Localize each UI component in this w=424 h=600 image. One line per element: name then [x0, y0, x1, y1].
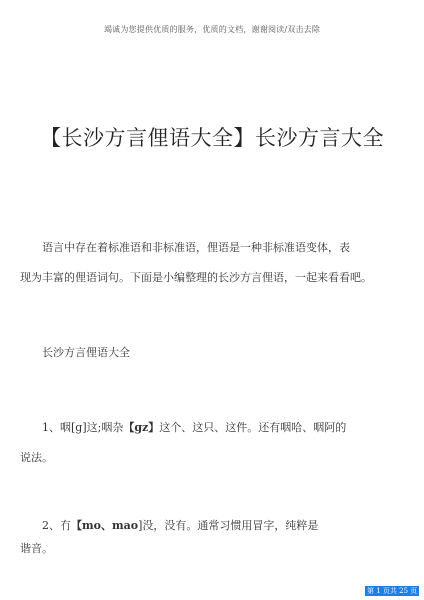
section-subtitle: 长沙方言俚语大全 [42, 338, 424, 368]
list-item: 1、咽[g]这;咽杂【gz】这个、这只、这件。还有咽哈、咽阿的 说法。 [20, 413, 405, 473]
item-pinyin: 【mo、mao [71, 519, 138, 532]
intro-line-1-text: 语言中存在着标准语和非标准语，俚语是一种非标准语变体，表 [42, 241, 350, 254]
item-number: 1、 [42, 421, 60, 434]
list-item-line-1: 1、咽[g]这;咽杂【gz】这个、这只、这件。还有咽哈、咽阿的 [20, 413, 405, 443]
intro-paragraph: 语言中存在着标准语和非标准语，俚语是一种非标准语变体，表 现为丰富的俚语词句。下… [20, 233, 405, 293]
intro-line-1: 语言中存在着标准语和非标准语，俚语是一种非标准语变体，表 [20, 233, 405, 263]
page-header-notice: 竭诚为您提供优质的服务，优质的文档，谢谢阅读/双击去除 [0, 24, 424, 35]
item-text-a: 咽[g]这;咽杂 [60, 421, 123, 434]
item-text-b: 这个、这只、这件。还有咽哈、咽阿的 [159, 421, 346, 434]
item-text-a: 冇 [60, 519, 71, 532]
list-item: 2、冇【mo、mao]没，没有。通常习惯用冒字，纯粹是 谐音。 [20, 513, 405, 559]
page-indicator: 第 1 页共 25 页 [365, 586, 419, 596]
item-number: 2、 [42, 519, 60, 532]
item-text-b: ]没，没有。通常习惯用冒字，纯粹是 [138, 519, 318, 532]
list-item-line-2: 说法。 [20, 443, 405, 473]
intro-line-2: 现为丰富的俚语词句。下面是小编整理的长沙方言俚语，一起来看看吧。 [20, 263, 405, 293]
item-pinyin: 【gz】 [123, 421, 159, 434]
list-item-line-2: 谐音。 [20, 539, 405, 559]
list-item-line-1: 2、冇【mo、mao]没，没有。通常习惯用冒字，纯粹是 [20, 513, 405, 539]
document-title: 【长沙方言俚语大全】长沙方言大全 [0, 122, 424, 152]
